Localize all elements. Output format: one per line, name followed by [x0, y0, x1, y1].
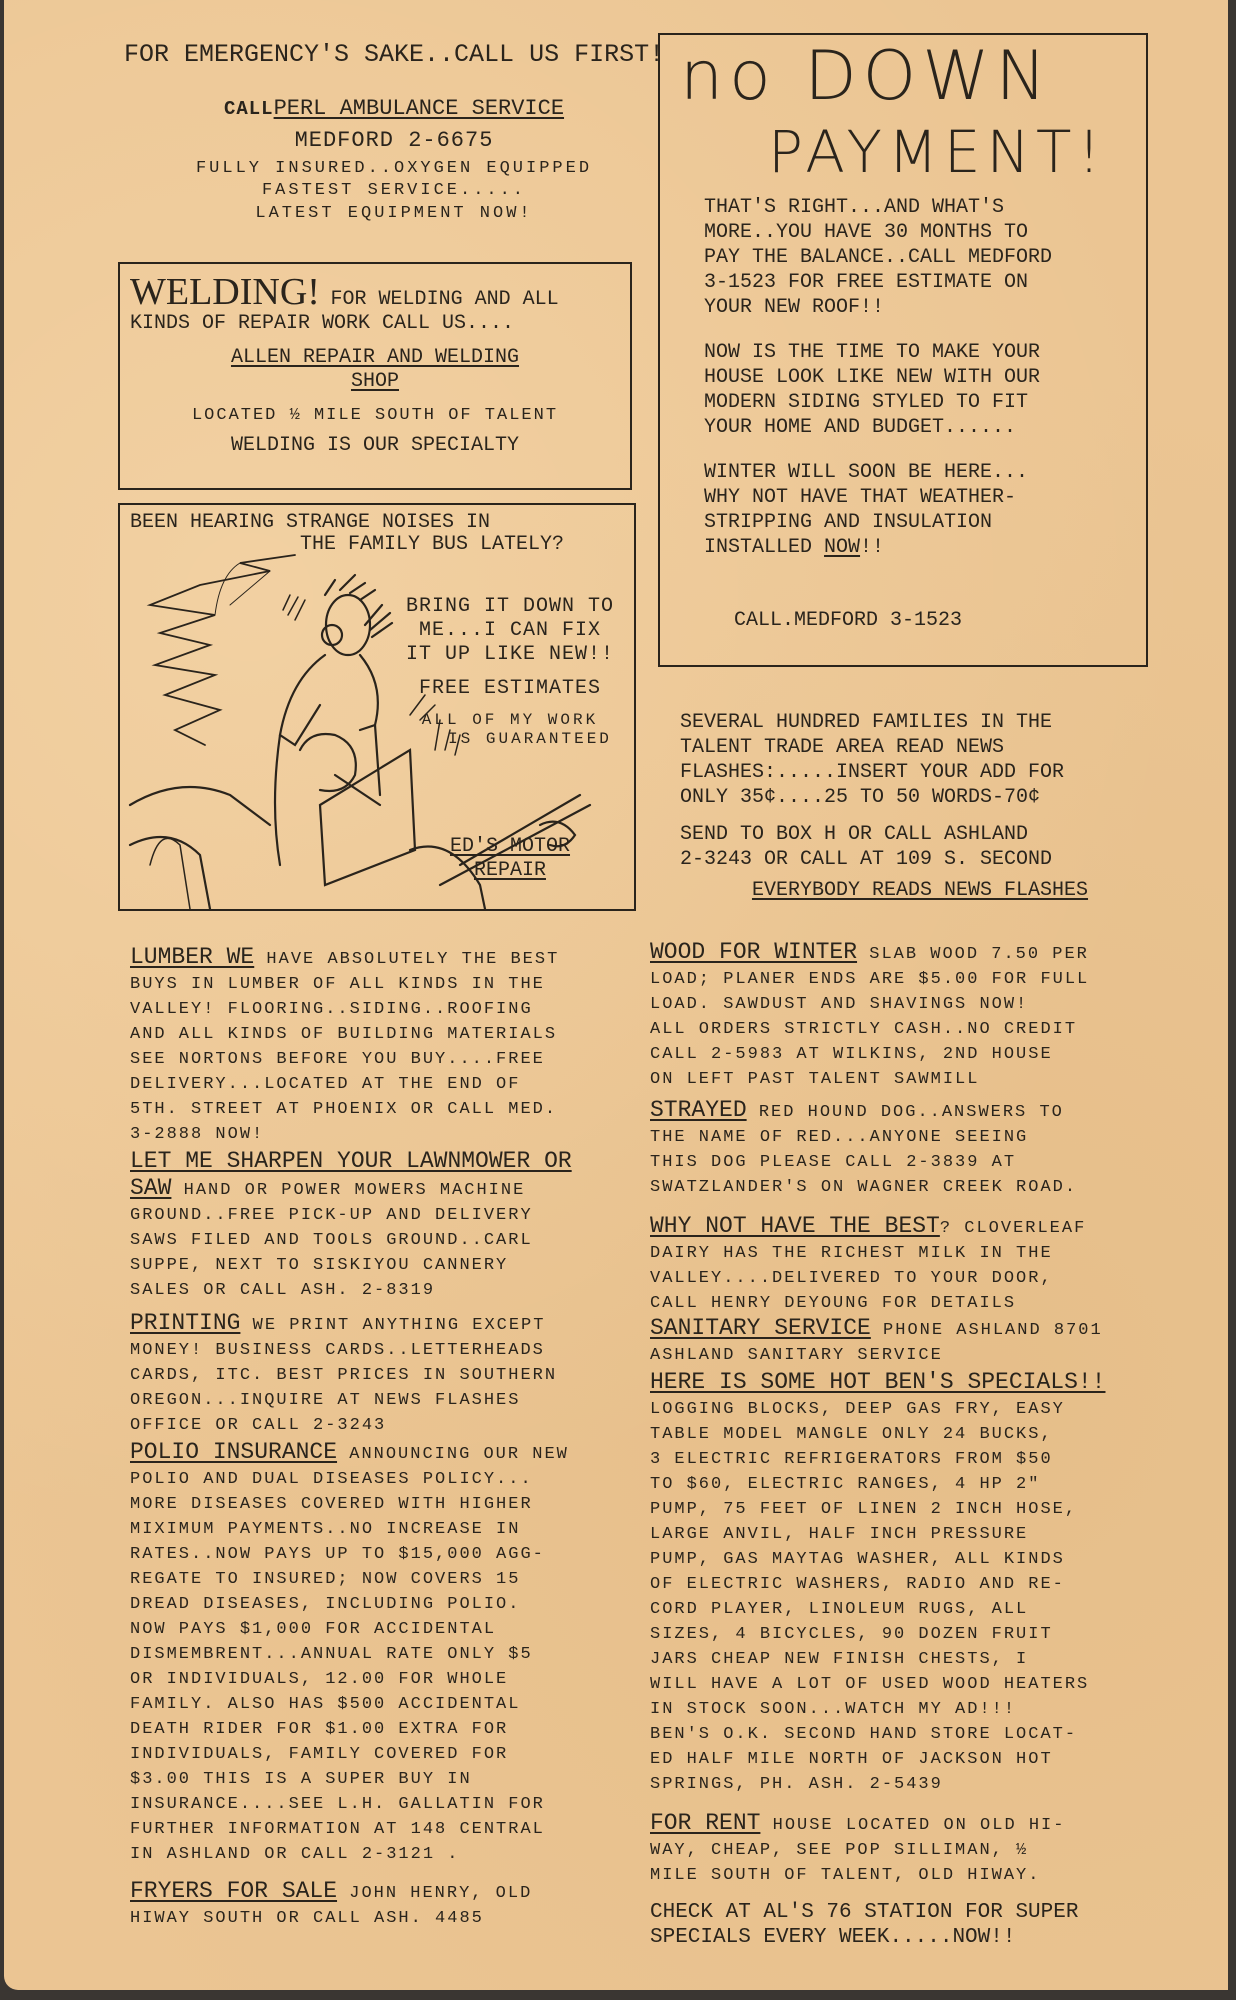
motor-sign-line2: REPAIR	[430, 859, 590, 883]
motor-repair-ad: BEEN HEARING STRANGE NOISES IN THE FAMIL…	[118, 503, 636, 911]
classified-fryers: FRYERS FOR SALE JOHN HENRY, OLD HIWAY SO…	[130, 1879, 650, 1931]
roofing-title-line1: no DOWN	[680, 43, 1052, 111]
roofing-ad: no DOWN PAYMENT! THAT'S RIGHT...AND WHAT…	[658, 33, 1148, 667]
ambulance-ad: FOR EMERGENCY'S SAKE..CALL US FIRST! CAL…	[124, 40, 664, 224]
motor-line3: BRING IT DOWN TO	[390, 595, 630, 619]
ambulance-name: PERL AMBULANCE SERVICE	[274, 96, 564, 121]
news-flashes-promo: SEVERAL HUNDRED FAMILIES IN THE TALENT T…	[680, 710, 1160, 903]
ambulance-headline: FOR EMERGENCY'S SAKE..CALL US FIRST!	[124, 40, 664, 70]
news-flashes-tagline: EVERYBODY READS NEWS FLASHES	[680, 878, 1160, 903]
welding-location: LOCATED ½ MILE SOUTH OF TALENT	[130, 406, 620, 426]
motor-line5: IT UP LIKE NEW!!	[390, 643, 630, 667]
classified-polio-insurance: POLIO INSURANCE ANNOUNCING OUR NEW POLIO…	[130, 1440, 650, 1867]
newsletter-page: FOR EMERGENCY'S SAKE..CALL US FIRST! CAL…	[4, 0, 1228, 1990]
ambulance-line3: LATEST EQUIPMENT NOW!	[124, 204, 664, 224]
roofing-para3: WINTER WILL SOON BE HERE... WHY NOT HAVE…	[704, 460, 1134, 560]
welding-specialty: WELDING IS OUR SPECIALTY	[130, 434, 620, 458]
classified-wood-for-winter: WOOD FOR WINTER SLAB WOOD 7.50 PER LOAD;…	[650, 940, 1190, 1092]
classified-printing: PRINTING WE PRINT ANYTHING EXCEPT MONEY!…	[130, 1311, 650, 1438]
motor-line8: IS GUARANTEED	[390, 730, 630, 749]
motor-line6: FREE ESTIMATES	[390, 677, 630, 701]
welding-title: WELDING!	[130, 271, 320, 313]
motor-line7: ALL OF MY WORK	[390, 711, 630, 730]
classified-bens-specials: HERE IS SOME HOT BEN'S SPECIALS!! LOGGIN…	[650, 1370, 1190, 1797]
classified-strayed-dog: STRAYED RED HOUND DOG..ANSWERS TO THE NA…	[650, 1098, 1190, 1200]
classified-sanitary-service: SANITARY SERVICE PHONE ASHLAND 8701 ASHL…	[650, 1316, 1190, 1368]
welding-line1: FOR WELDING AND ALL	[331, 288, 559, 311]
roofing-now: NOW	[824, 536, 860, 559]
welding-shop-line1: ALLEN REPAIR AND WELDING	[130, 346, 620, 370]
motor-line4: ME...I CAN FIX	[390, 619, 630, 643]
classified-als-76-station: CHECK AT AL'S 76 STATION FOR SUPER SPECI…	[650, 1900, 1190, 1950]
classified-for-rent: FOR RENT HOUSE LOCATED ON OLD HI- WAY, C…	[650, 1811, 1190, 1888]
welding-ad: WELDING! FOR WELDING AND ALL KINDS OF RE…	[118, 262, 632, 490]
ambulance-line2: FASTEST SERVICE.....	[124, 181, 664, 201]
motor-line1: BEEN HEARING STRANGE NOISES IN	[130, 511, 630, 535]
classified-lumber: LUMBER WE HAVE ABSOLUTELY THE BEST BUYS …	[130, 945, 650, 1147]
ambulance-call-prefix: CALL	[224, 98, 274, 120]
left-classifieds: LUMBER WE HAVE ABSOLUTELY THE BEST BUYS …	[130, 945, 650, 1931]
roofing-call: CALL.MEDFORD 3-1523	[704, 608, 1134, 633]
roofing-title-line2: PAYMENT!	[768, 123, 1107, 181]
classified-dairy: WHY NOT HAVE THE BEST? CLOVERLEAF DAIRY …	[650, 1214, 1190, 1316]
ambulance-line1: FULLY INSURED..OXYGEN EQUIPPED	[124, 159, 664, 179]
motor-sign-line1: ED'S MOTOR	[430, 835, 590, 859]
roofing-para1: THAT'S RIGHT...AND WHAT'S MORE..YOU HAVE…	[704, 195, 1134, 320]
right-classifieds: WOOD FOR WINTER SLAB WOOD 7.50 PER LOAD;…	[650, 940, 1190, 1950]
motor-line2: THE FAMILY BUS LATELY?	[130, 533, 630, 557]
ambulance-phone: MEDFORD 2-6675	[124, 128, 664, 154]
classified-sharpening: LET ME SHARPEN YOUR LAWNMOWER OR SAW HAN…	[130, 1149, 650, 1303]
roofing-para2: NOW IS THE TIME TO MAKE YOUR HOUSE LOOK …	[704, 340, 1134, 440]
welding-shop-line2: SHOP	[130, 370, 620, 394]
